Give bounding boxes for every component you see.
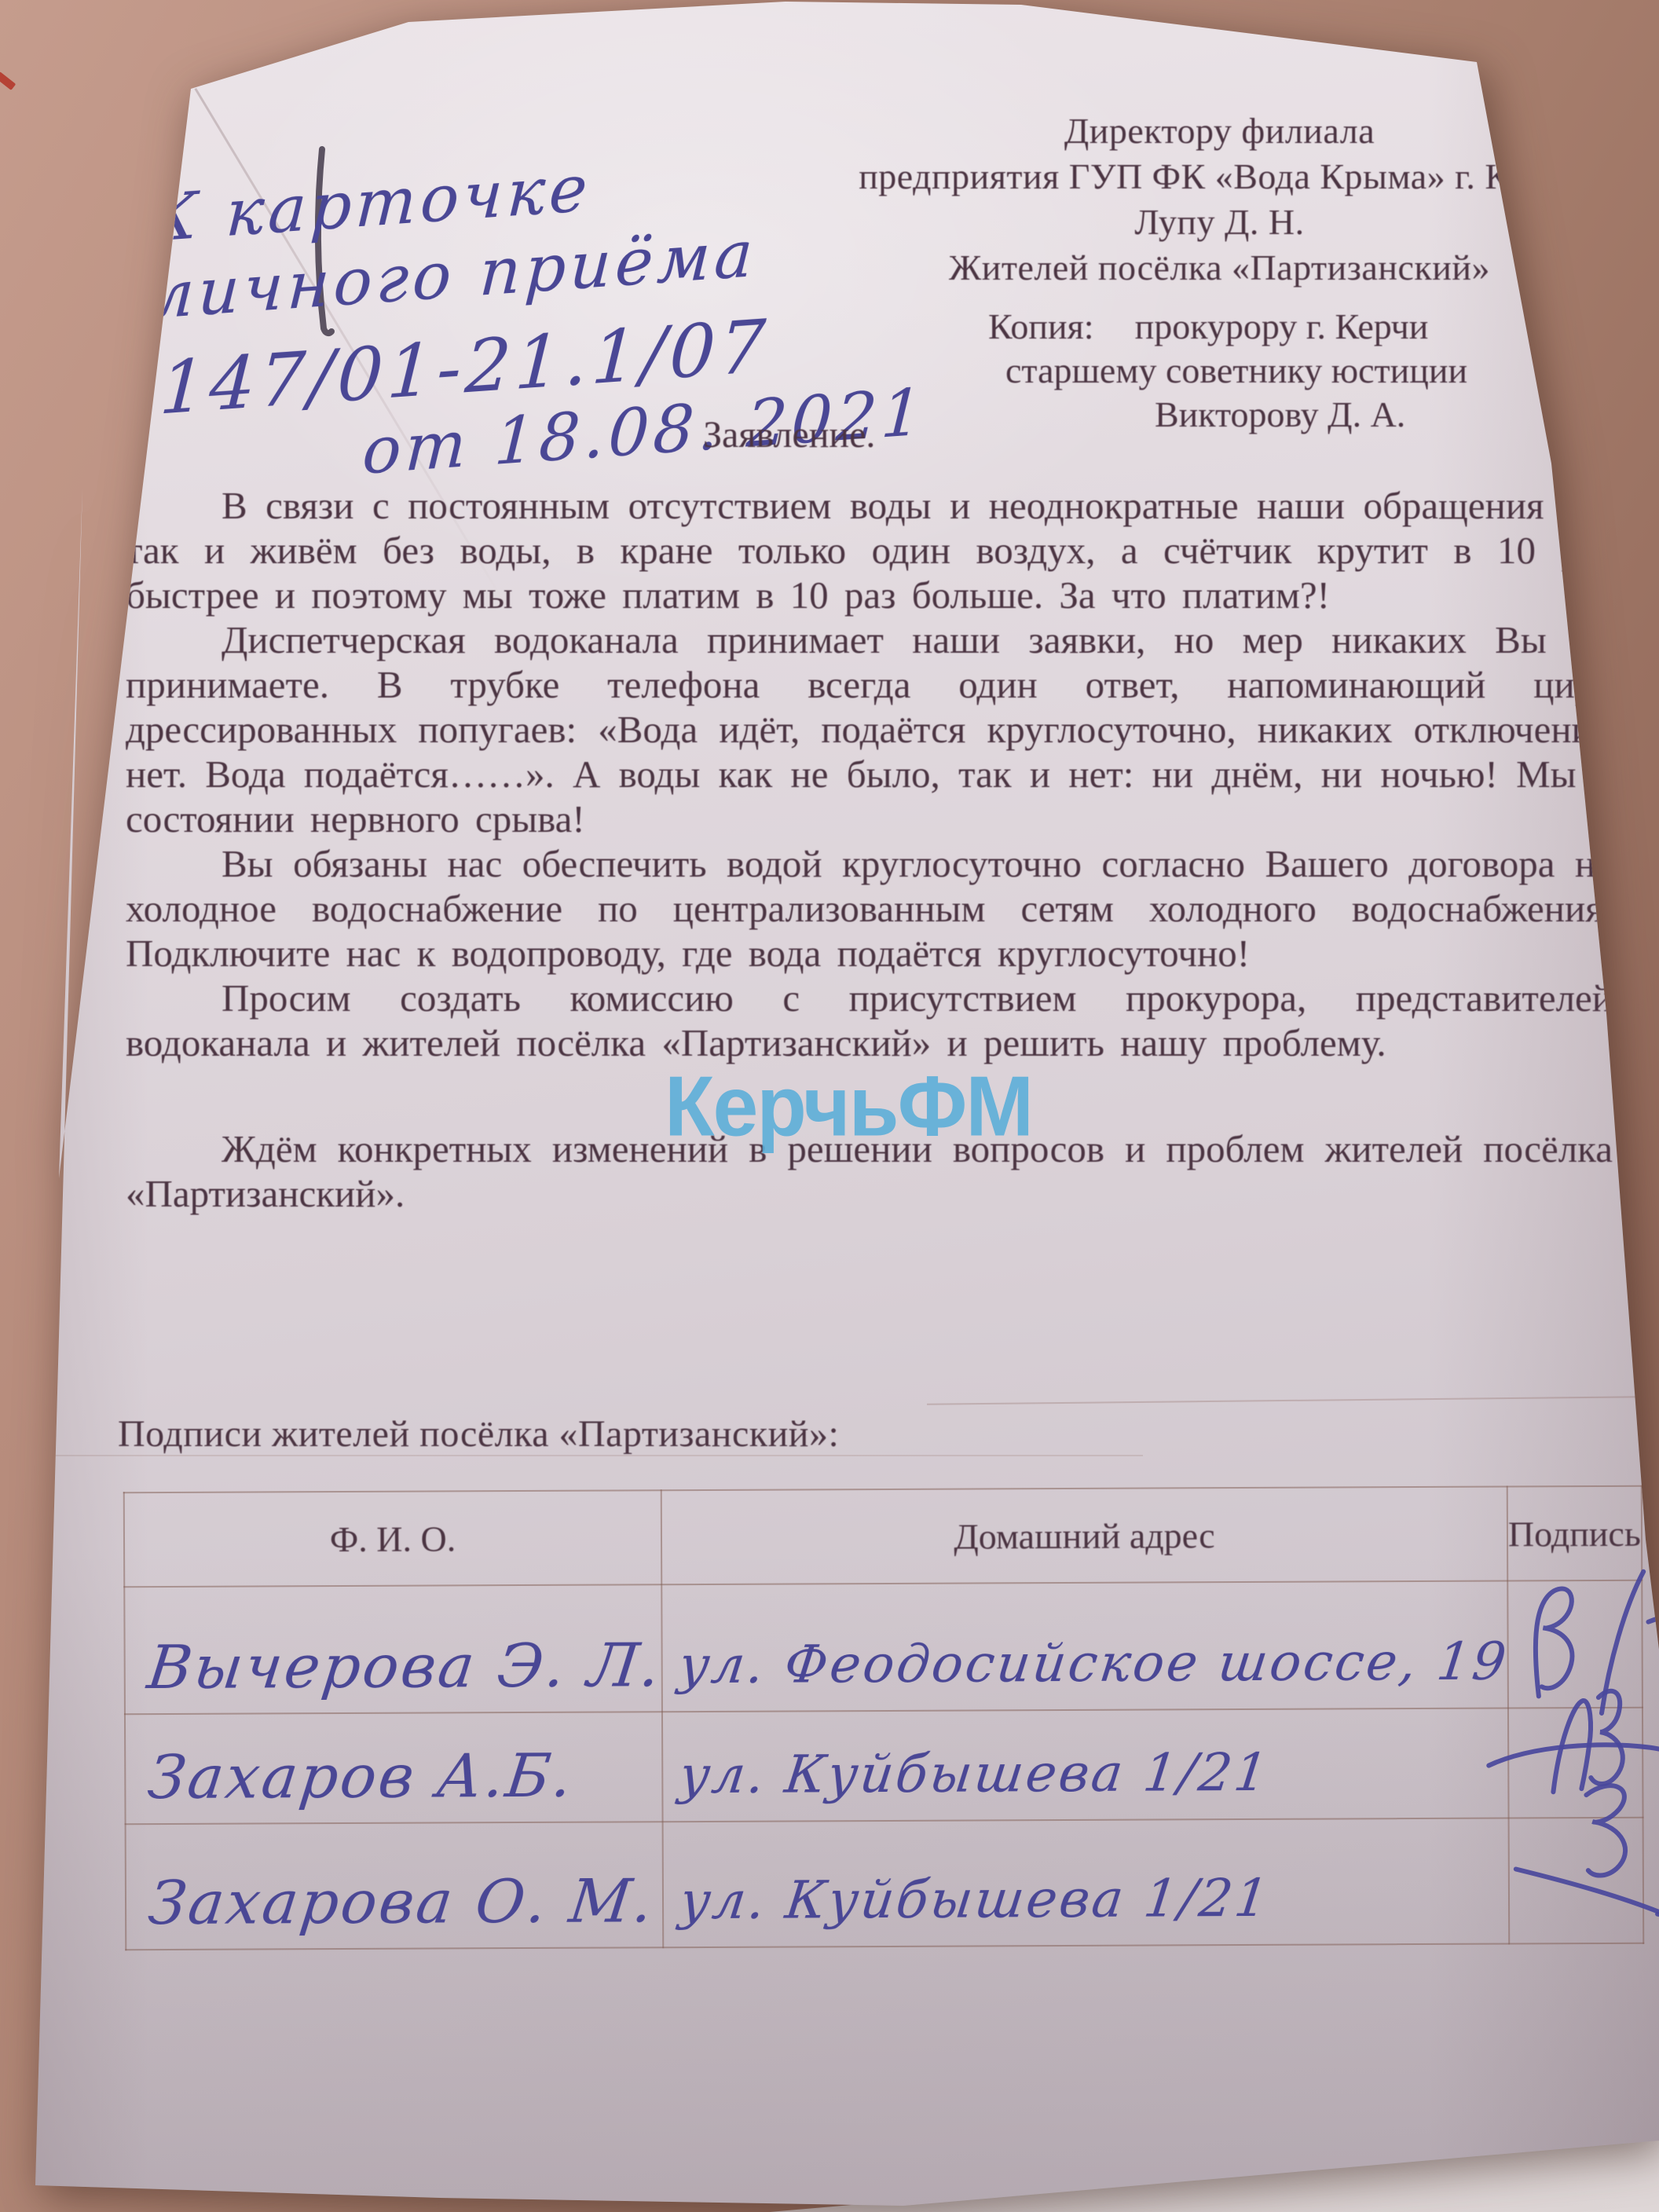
copy-line: Викторову Д. А. xyxy=(1155,393,1569,437)
photo-scene: К карточке личного приёма 147/01-21.1/07… xyxy=(0,0,1659,2212)
resident-address: ул. Феодосийское шоссе, 19 xyxy=(658,1632,1511,1712)
table-row: Захарова О. М. ул. Куйбышева 1/21 xyxy=(126,1818,1644,1950)
paper-wrapper: К карточке личного приёма 147/01-21.1/07… xyxy=(0,0,1659,2212)
table-header-row: Ф. И. О. Домашний адрес Подпись xyxy=(124,1486,1642,1587)
copy-block: Копия: прокурору г. Керчи старшему совет… xyxy=(988,305,1569,437)
document-title: Заявление. xyxy=(703,413,875,456)
resident-name: Вычерова Э. Л. xyxy=(121,1630,666,1713)
resident-name: Захарова О. М. xyxy=(122,1866,667,1949)
addressee-line: предприятия ГУП ФК «Вода Крыма» г. Керчи xyxy=(809,154,1630,200)
document-paper: К карточке личного приёма 147/01-21.1/07… xyxy=(0,0,1659,2212)
addressee-line: Жителей посёлка «Партизанский» xyxy=(809,245,1630,291)
resident-address: ул. Куйбышева 1/21 xyxy=(659,1741,1512,1822)
paragraph-1: В связи с постоянным отсутствием воды и … xyxy=(126,483,1613,617)
signature-cell xyxy=(1508,1818,1643,1944)
resident-address: ул. Куйбышева 1/21 xyxy=(659,1867,1512,1947)
copy-line: старшему советнику юстиции xyxy=(1005,349,1569,393)
paragraph-3: Вы обязаны нас обеспечить водой круглосу… xyxy=(126,841,1613,976)
signature-scribble-3 xyxy=(1478,1767,1659,1957)
copy-line: прокурору г. Керчи xyxy=(1135,305,1429,349)
scan-line-artifact xyxy=(927,1396,1646,1405)
table-row: Вычерова Э. Л. ул. Феодосийское шоссе, 1… xyxy=(124,1580,1643,1714)
resident-name: Захаров А.Б. xyxy=(121,1740,666,1823)
addressee-line: Лупу Д. Н. xyxy=(809,200,1630,245)
table-row: Захаров А.Б. ул. Куйбышева 1/21 xyxy=(125,1708,1643,1824)
addressee-line: Директору филиала xyxy=(809,108,1630,154)
header-address: Домашний адрес xyxy=(661,1487,1507,1585)
copy-label: Копия: xyxy=(988,305,1094,349)
kerchfm-watermark: КерчьФМ xyxy=(665,1059,1032,1156)
header-fio: Ф. И. О. xyxy=(124,1490,662,1587)
paragraph-2: Диспетчерская водоканала принимает наши … xyxy=(126,617,1613,841)
signatures-heading: Подписи жителей посёлка «Партизанский»: xyxy=(118,1412,839,1456)
signature-table: Ф. И. О. Домашний адрес Подпись Вычерова… xyxy=(123,1485,1644,1950)
paragraph-4: Просим создать комиссию с присутствием п… xyxy=(126,976,1613,1065)
addressee-block: Директору филиала предприятия ГУП ФК «Во… xyxy=(809,108,1630,291)
